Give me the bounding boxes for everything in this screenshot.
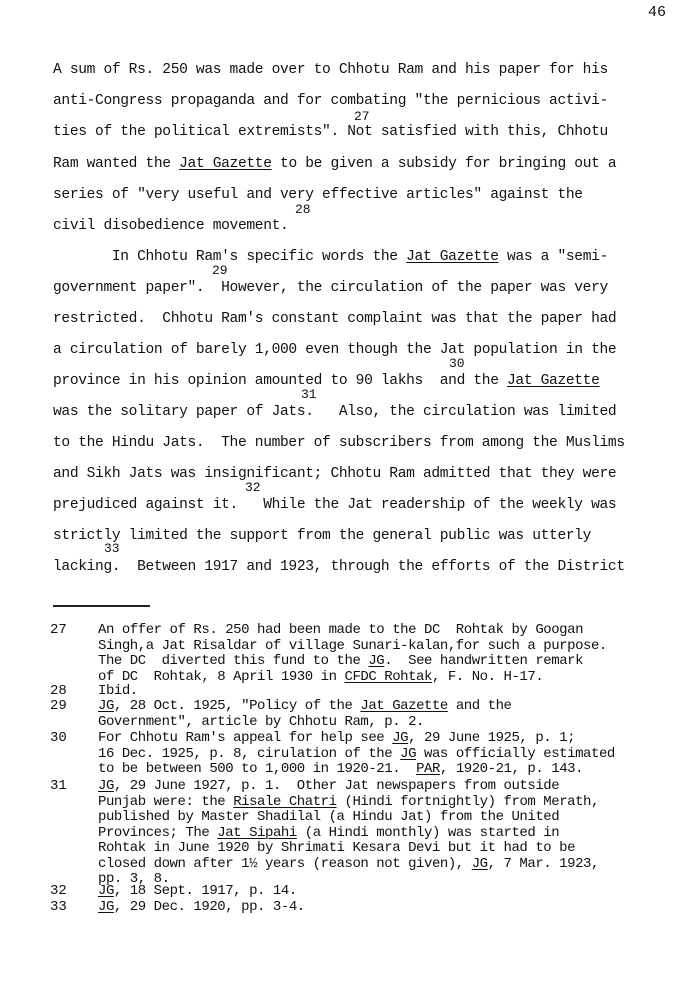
body-line: A sum of Rs. 250 was made over to Chhotu… (53, 62, 608, 78)
footnote-number: 30 (50, 730, 67, 746)
underlined-title: JG (400, 746, 416, 762)
footnote-number: 27 (50, 622, 67, 638)
underlined-title: Jat Sipahi (217, 825, 297, 841)
body-line: strictly limited the support from the ge… (53, 528, 591, 544)
body-line: anti-Congress propaganda and for combati… (53, 93, 608, 109)
underlined-title: JG (472, 856, 488, 872)
underlined-title: Jat Gazette (507, 373, 600, 389)
page-number: 46 (648, 4, 666, 21)
footnote-number: 32 (50, 883, 67, 899)
body-line: lacking. Between 1917 and 1923, through … (53, 559, 625, 575)
underlined-title: CFDC Rohtak (345, 669, 432, 685)
footnote-line: Provinces; The Jat Sipahi (a Hindi month… (98, 825, 559, 841)
footnote-marker: 32 (245, 480, 261, 495)
footnote-line: 16 Dec. 1925, p. 8, cirulation of the JG… (98, 746, 615, 762)
body-line: ties of the political extremists". Not s… (53, 124, 608, 140)
body-line: to the Hindu Jats. The number of subscri… (53, 435, 625, 451)
body-line: civil disobedience movement. (53, 218, 288, 234)
footnote-line: The DC diverted this fund to the JG. See… (98, 653, 583, 669)
footnote-number: 33 (50, 899, 67, 915)
body-line: a circulation of barely 1,000 even thoug… (53, 342, 616, 358)
footnote-line: Punjab were: the Risale Chatri (Hindi fo… (98, 794, 599, 810)
footnote-marker: 30 (449, 356, 465, 371)
underlined-title: JG (98, 899, 114, 915)
body-line: series of "very useful and very effectiv… (53, 187, 583, 203)
footnote-number: 31 (50, 778, 67, 794)
underlined-title: JG (98, 778, 114, 794)
body-line: prejudiced against it. While the Jat rea… (53, 497, 616, 513)
footnote-marker: 27 (354, 109, 370, 124)
underlined-title: JG (98, 698, 114, 714)
footnote-separator (53, 605, 150, 607)
body-line: government paper". However, the circulat… (53, 280, 608, 296)
footnote-line: Rohtak in June 1920 by Shrimati Kesara D… (98, 840, 575, 856)
footnote-line: Government", article by Chhotu Ram, p. 2… (98, 714, 424, 730)
footnote-marker: 31 (301, 387, 317, 402)
underlined-title: Jat Gazette (406, 249, 499, 265)
footnote-marker: 28 (295, 202, 311, 217)
footnote-line: An offer of Rs. 250 had been made to the… (98, 622, 583, 638)
footnote-line: JG, 29 June 1927, p. 1. Other Jat newspa… (98, 778, 559, 794)
footnote-line: to be between 500 to 1,000 in 1920-21. P… (98, 761, 583, 777)
underlined-title: JG (392, 730, 408, 746)
footnote-marker: 29 (212, 263, 228, 278)
footnote-line: JG, 29 Dec. 1920, pp. 3-4. (98, 899, 305, 915)
underlined-title: Jat Gazette (360, 698, 447, 714)
footnote-number: 28 (50, 683, 67, 699)
body-line: province in his opinion amounted to 90 l… (53, 373, 600, 389)
footnote-line: of DC Rohtak, 8 April 1930 in CFDC Rohta… (98, 669, 543, 685)
footnote-line: Singh,a Jat Risaldar of village Sunari-k… (98, 638, 607, 654)
underlined-title: JG (368, 653, 384, 669)
body-line: In Chhotu Ram's specific words the Jat G… (53, 249, 608, 265)
footnote-number: 29 (50, 698, 67, 714)
footnote-line: JG, 28 Oct. 1925, "Policy of the Jat Gaz… (98, 698, 512, 714)
footnote-line: Ibid. (98, 683, 138, 699)
footnote-marker: 33 (104, 541, 120, 556)
body-line: was the solitary paper of Jats. Also, th… (53, 404, 616, 420)
underlined-title: PAR (416, 761, 440, 777)
underlined-title: Jat Gazette (179, 156, 272, 172)
body-line: Ram wanted the Jat Gazette to be given a… (53, 156, 616, 172)
footnote-line: JG, 18 Sept. 1917, p. 14. (98, 883, 297, 899)
body-line: restricted. Chhotu Ram's constant compla… (53, 311, 616, 327)
underlined-title: Risale Chatri (233, 794, 336, 810)
underlined-title: JG (98, 883, 114, 899)
footnote-line: closed down after 1½ years (reason not g… (98, 856, 599, 872)
footnote-line: For Chhotu Ram's appeal for help see JG,… (98, 730, 575, 746)
body-line: and Sikh Jats was insignificant; Chhotu … (53, 466, 616, 482)
footnote-line: published by Master Shadilal (a Hindu Ja… (98, 809, 559, 825)
